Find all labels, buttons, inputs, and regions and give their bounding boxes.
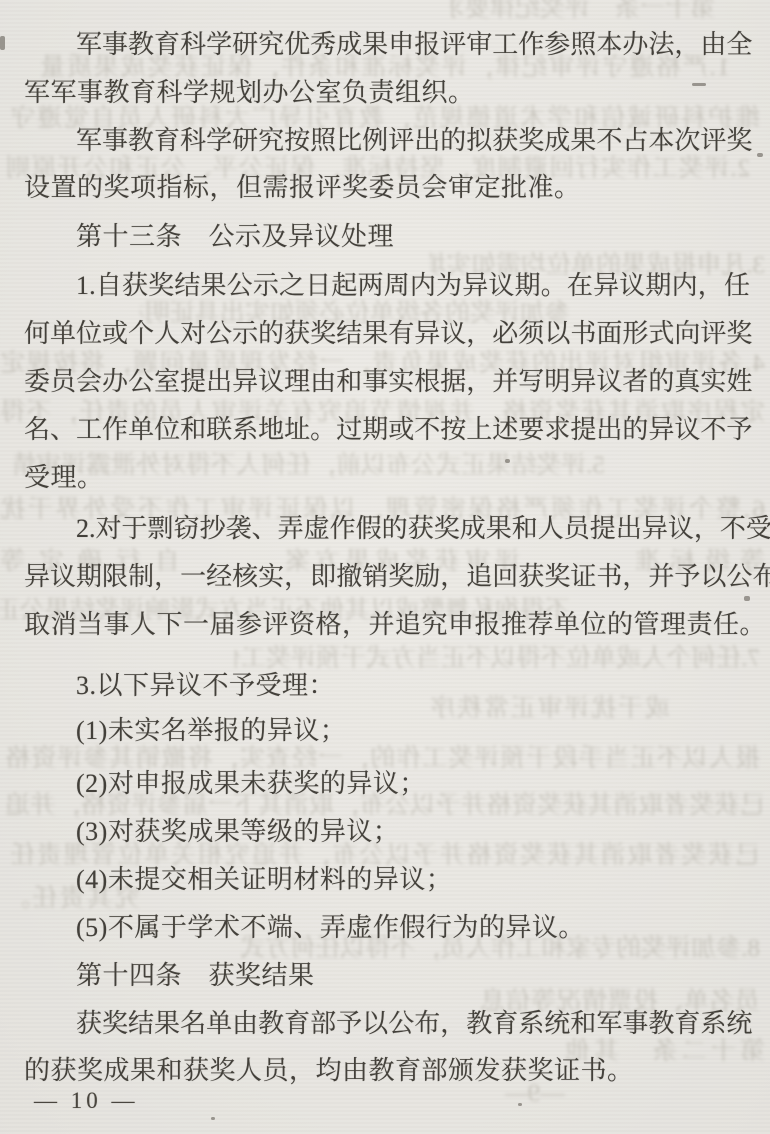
glyph: 和 <box>180 415 206 449</box>
glyph: 育 <box>154 126 180 160</box>
text-line: 军军事教育科学规划办公室负责组织。 <box>24 78 750 112</box>
glyph: 以 <box>544 319 570 353</box>
glyph: 本 <box>596 30 622 64</box>
scan-speck <box>211 1117 215 1120</box>
glyph: 制 <box>128 562 154 596</box>
glyph: 、 <box>252 514 278 548</box>
glyph: 期 <box>76 562 102 596</box>
glyph: 获 <box>408 514 434 548</box>
glyph: 定 <box>0 350 25 382</box>
glyph: 异 <box>462 271 488 305</box>
glyph: 自 <box>96 271 122 305</box>
glyph: 报 <box>414 30 440 64</box>
glyph: 以 <box>362 1009 388 1043</box>
scanned-page: 第十一条 评奖纪律要求1.严格遵守评审纪律，评奖标准和条件，保证获奖成果质量维护… <box>0 0 770 1134</box>
glyph: 形 <box>622 319 648 353</box>
glyph: 1 <box>76 271 89 305</box>
glyph: 十 <box>665 0 690 27</box>
text-line: 第十三条 公示及异议处理 <box>76 222 750 256</box>
glyph: 姓 <box>726 367 752 401</box>
glyph: 联 <box>206 415 232 449</box>
glyph: 窃 <box>174 514 200 548</box>
glyph: 励 <box>414 562 440 596</box>
glyph: 奖 <box>544 562 570 596</box>
glyph: 员 <box>564 514 590 548</box>
glyph: 根 <box>414 367 440 401</box>
glyph: 果 <box>362 319 388 353</box>
glyph: 优 <box>284 30 310 64</box>
glyph: 获 <box>492 126 518 160</box>
glyph: 者 <box>622 367 648 401</box>
glyph: 奖 <box>148 271 174 305</box>
glyph: 剽 <box>148 514 174 548</box>
glyph <box>590 0 615 27</box>
text-line: 获奖结果名单由教育部予以公布，教育系统和军事教育系统 <box>76 1009 750 1043</box>
glyph: 单 <box>206 1009 232 1043</box>
glyph: 事 <box>102 126 128 160</box>
glyph: ， <box>622 562 648 596</box>
glyph: 员 <box>50 367 76 401</box>
glyph: 出 <box>616 514 642 548</box>
glyph: 一 <box>180 562 206 596</box>
text-line: 1.自获奖结果公示之日起两周内为异议期。在异议期内，任 <box>76 271 750 305</box>
glyph: 公 <box>206 319 232 353</box>
glyph: 究 <box>258 126 284 160</box>
glyph: 单 <box>50 319 76 353</box>
glyph: 2 <box>76 514 89 548</box>
glyph: 个 <box>128 319 154 353</box>
glyph: 或 <box>102 319 128 353</box>
text-line: 3.以下异议不予受理： <box>76 671 750 705</box>
glyph: 3 <box>753 252 766 284</box>
glyph: 由 <box>310 367 336 401</box>
glyph: 布 <box>752 562 770 596</box>
text-line: 何单位或个人对公示的获奖结果有异议，必须以书面形式向评奖 <box>24 319 750 353</box>
glyph: 获 <box>518 562 544 596</box>
glyph: 、 <box>50 415 76 449</box>
glyph: 纪 <box>515 0 540 27</box>
text-line: 2.对于剽窃抄袭、弄虚作假的获奖成果和人员提出异议，不受 <box>76 514 750 548</box>
glyph: 销 <box>362 562 388 596</box>
glyph: 异 <box>232 367 258 401</box>
glyph: 内 <box>410 271 436 305</box>
glyph: 申 <box>388 30 414 64</box>
glyph: 教 <box>466 1009 492 1043</box>
glyph: 结 <box>174 271 200 305</box>
text-line: (3)对获奖成果等级的异议； <box>76 817 750 851</box>
glyph: ， <box>154 562 180 596</box>
glyph: . <box>89 271 96 305</box>
glyph: 条 <box>615 0 640 27</box>
glyph: 弄 <box>278 514 304 548</box>
glyph: ， <box>674 30 700 64</box>
glyph: 奖 <box>540 0 565 27</box>
glyph: 办 <box>622 30 648 64</box>
glyph: 评 <box>565 0 590 27</box>
glyph: 实 <box>258 562 284 596</box>
glyph: 由 <box>700 30 726 64</box>
glyph: 教 <box>128 30 154 64</box>
glyph: 教 <box>258 1009 284 1043</box>
glyph: 不 <box>720 514 746 548</box>
glyph: 研 <box>232 126 258 160</box>
glyph: 育 <box>154 30 180 64</box>
glyph: ， <box>466 319 492 353</box>
glyph: 议 <box>674 415 700 449</box>
glyph: 写 <box>518 367 544 401</box>
glyph: 必 <box>492 319 518 353</box>
text-line: 异议期限制，一经核实，即撤销奖励，追回获奖证书，并予以公布， <box>24 562 750 596</box>
glyph: 结 <box>128 1009 154 1043</box>
glyph: 并 <box>648 562 674 596</box>
glyph: 撤 <box>336 562 362 596</box>
glyph: 参 <box>544 30 570 64</box>
glyph: 育 <box>674 1009 700 1043</box>
glyph: 求 <box>544 415 570 449</box>
text-line: 第十四条 获奖结果 <box>76 961 750 995</box>
glyph: 向 <box>674 319 700 353</box>
glyph: 照 <box>570 30 596 64</box>
glyph: 予 <box>726 415 752 449</box>
glyph: 得 <box>0 399 25 431</box>
glyph: 追 <box>466 562 492 596</box>
glyph: 公 <box>227 271 253 305</box>
glyph: 比 <box>336 126 362 160</box>
glyph: 军 <box>596 1009 622 1043</box>
glyph: 评 <box>440 30 466 64</box>
glyph: 核 <box>232 562 258 596</box>
glyph: 果 <box>201 271 227 305</box>
glyph: 学 <box>206 30 232 64</box>
glyph: 结 <box>336 319 362 353</box>
glyph: 成 <box>544 126 570 160</box>
glyph: 对 <box>96 514 122 548</box>
glyph: 室 <box>154 367 180 401</box>
glyph: 异 <box>24 562 50 596</box>
glyph: 奖 <box>726 126 752 160</box>
glyph: 和 <box>570 1009 596 1043</box>
text-line: (2)对申报成果未获奖的异议； <box>76 769 750 803</box>
scan-speck <box>744 596 750 601</box>
text-line: 名、工作单位和联系地址。过期或不按上述要求提出的异议不予 <box>24 415 750 449</box>
glyph: 占 <box>622 126 648 160</box>
glyph: 出 <box>414 126 440 160</box>
glyph: 议 <box>488 271 514 305</box>
glyph: 之 <box>279 271 305 305</box>
glyph: 办 <box>102 367 128 401</box>
glyph: 追 <box>5 792 30 824</box>
glyph: 异 <box>642 514 668 548</box>
glyph: 议 <box>440 319 466 353</box>
glyph: 工 <box>492 30 518 64</box>
glyph: 人 <box>154 319 180 353</box>
glyph: 异 <box>593 271 619 305</box>
glyph: 面 <box>596 319 622 353</box>
glyph: 假 <box>356 514 382 548</box>
glyph: 任 <box>724 271 750 305</box>
glyph: 证 <box>570 562 596 596</box>
glyph: 果 <box>570 126 596 160</box>
glyph: 。 <box>541 271 567 305</box>
glyph: 一 <box>640 0 665 27</box>
glyph: 科 <box>180 126 206 160</box>
glyph: 任 <box>33 885 58 917</box>
glyph: 果 <box>486 514 512 548</box>
glyph: 异 <box>414 319 440 353</box>
glyph: 部 <box>310 1009 336 1043</box>
glyph: 评 <box>700 126 726 160</box>
glyph: 作 <box>102 415 128 449</box>
glyph: 奖 <box>388 562 414 596</box>
glyph: 教 <box>128 126 154 160</box>
glyph: 异 <box>648 415 674 449</box>
glyph: 书 <box>596 562 622 596</box>
text-line: (1)未实名举报的异议； <box>76 716 750 750</box>
glyph: 出 <box>206 367 232 401</box>
glyph: 秀 <box>310 30 336 64</box>
glyph: 议 <box>50 562 76 596</box>
glyph: ， <box>466 367 492 401</box>
text-line: 的获奖成果和获奖人员，均由教育部颁发获奖证书。 <box>24 1056 750 1090</box>
glyph: 奖 <box>726 319 752 353</box>
glyph: 作 <box>518 30 544 64</box>
glyph: 抄 <box>200 514 226 548</box>
glyph: 予 <box>336 1009 362 1043</box>
text-line: 军事教育科学研究优秀成果申报评审工作参照本办法，由全 <box>76 30 750 64</box>
glyph: 实 <box>388 367 414 401</box>
glyph: 的 <box>258 319 284 353</box>
text-line: 军事教育科学研究按照比例评出的拟获奖成果不占本次评奖 <box>76 126 750 160</box>
text-line: 取消当事人下一届参评资格，并追究申报推荐单位的管理责任。 <box>24 610 750 644</box>
glyph: 系 <box>518 1009 544 1043</box>
glyph: 过 <box>336 415 362 449</box>
glyph: ， <box>698 271 724 305</box>
glyph: 上 <box>466 415 492 449</box>
glyph: 日 <box>305 271 331 305</box>
glyph: 奖 <box>310 319 336 353</box>
glyph: 人 <box>538 514 564 548</box>
glyph: 并 <box>30 792 55 824</box>
glyph: 公 <box>128 367 154 401</box>
glyph: 理 <box>284 367 310 401</box>
glyph: 科 <box>180 30 206 64</box>
glyph: 内 <box>672 271 698 305</box>
glyph: 即 <box>310 562 336 596</box>
glyph: 审 <box>466 30 492 64</box>
glyph: ， <box>284 562 310 596</box>
glyph: 本 <box>648 126 674 160</box>
glyph: 的 <box>622 415 648 449</box>
scan-speck <box>692 83 706 86</box>
scan-speck <box>505 459 510 463</box>
glyph: 期 <box>645 271 671 305</box>
glyph: 受 <box>746 514 770 548</box>
glyph: 教 <box>648 1009 674 1043</box>
glyph: 例 <box>362 126 388 160</box>
glyph: 获 <box>122 271 148 305</box>
glyph: 果 <box>154 1009 180 1043</box>
glyph: 公 <box>726 562 752 596</box>
text-line: (4)未提交相关证明材料的异议； <box>76 865 750 899</box>
glyph: 袭 <box>226 514 252 548</box>
glyph: 奖 <box>518 126 544 160</box>
glyph: 布 <box>414 1009 440 1043</box>
glyph: 等 <box>0 548 25 580</box>
glyph: 在 <box>567 271 593 305</box>
glyph: 评 <box>388 126 414 160</box>
glyph: 全 <box>726 30 752 64</box>
glyph: 由 <box>232 1009 258 1043</box>
glyph: 虚 <box>304 514 330 548</box>
glyph: 为 <box>436 271 462 305</box>
glyph: 予 <box>674 562 700 596</box>
scan-speck <box>757 153 763 157</box>
glyph: 第 <box>690 0 715 27</box>
glyph: 奖 <box>102 1009 128 1043</box>
glyph: 获 <box>76 1009 102 1043</box>
glyph: 并 <box>492 367 518 401</box>
glyph: 军 <box>76 126 102 160</box>
glyph: 按 <box>284 126 310 160</box>
text-line: 委员会办公室提出异议理由和事实根据，并写明异议者的真实姓 <box>24 367 750 401</box>
glyph: 统 <box>726 1009 752 1043</box>
glyph: 要 <box>518 415 544 449</box>
page-number: — 10 — <box>34 1088 139 1114</box>
glyph: 何 <box>24 319 50 353</box>
glyph: 议 <box>596 367 622 401</box>
glyph: 回 <box>492 562 518 596</box>
glyph: 名 <box>24 415 50 449</box>
glyph: 成 <box>336 30 362 64</box>
glyph: 议 <box>668 514 694 548</box>
glyph: 议 <box>619 271 645 305</box>
glyph: 。 <box>5 885 30 917</box>
glyph: 果 <box>362 30 388 64</box>
glyph: 位 <box>76 319 102 353</box>
glyph: 军 <box>76 30 102 64</box>
glyph: 干 <box>28 496 53 528</box>
glyph: 议 <box>258 367 284 401</box>
glyph: ， <box>440 562 466 596</box>
glyph: 真 <box>674 367 700 401</box>
glyph: 委 <box>24 367 50 401</box>
glyph: 事 <box>362 367 388 401</box>
glyph: 。 <box>310 415 336 449</box>
glyph: 会 <box>76 367 102 401</box>
glyph: 的 <box>382 514 408 548</box>
glyph: 公 <box>388 1009 414 1043</box>
bleedthrough-line: 第十一条 评奖纪律要求 <box>450 0 715 27</box>
glyph: 示 <box>232 319 258 353</box>
glyph: ， <box>440 1009 466 1043</box>
glyph: 获 <box>284 319 310 353</box>
text-line: (5)不属于学术不端、弄虚作假行为的异议。 <box>76 913 750 947</box>
glyph: 照 <box>310 126 336 160</box>
glyph: 址 <box>284 415 310 449</box>
glyph: 4 <box>753 350 766 382</box>
glyph: 以 <box>700 562 726 596</box>
glyph: 须 <box>518 319 544 353</box>
glyph: 事 <box>622 1009 648 1043</box>
glyph: 责 <box>37 842 62 874</box>
glyph: 法 <box>648 30 674 64</box>
glyph: 有 <box>388 319 414 353</box>
glyph: 单 <box>128 415 154 449</box>
glyph: 事 <box>102 30 128 64</box>
glyph: 于 <box>122 514 148 548</box>
glyph: 式 <box>648 319 674 353</box>
glyph: 提 <box>180 367 206 401</box>
glyph: 正 <box>0 597 20 629</box>
glyph: 述 <box>492 415 518 449</box>
glyph: 限 <box>102 562 128 596</box>
glyph: 研 <box>232 30 258 64</box>
glyph: 实 <box>700 367 726 401</box>
glyph: 资 <box>31 745 56 777</box>
glyph: 期 <box>515 271 541 305</box>
glyph: 提 <box>590 514 616 548</box>
glyph: 两 <box>358 271 384 305</box>
text-line: 受理。 <box>24 463 750 497</box>
glyph: 的 <box>648 367 674 401</box>
glyph: 工 <box>76 415 102 449</box>
glyph: 系 <box>232 415 258 449</box>
glyph: ， <box>694 514 720 548</box>
glyph: 究 <box>258 30 284 64</box>
glyph: 作 <box>330 514 356 548</box>
glyph: 明 <box>544 367 570 401</box>
glyph: 评 <box>700 319 726 353</box>
glyph: 次 <box>674 126 700 160</box>
glyph: 育 <box>492 1009 518 1043</box>
glyph: 育 <box>284 1009 310 1043</box>
glyph: 据 <box>440 367 466 401</box>
glyph: 统 <box>544 1009 570 1043</box>
glyph: 书 <box>570 319 596 353</box>
glyph: 提 <box>570 415 596 449</box>
glyph: 不 <box>700 415 726 449</box>
glyph: 按 <box>440 415 466 449</box>
glyph: 拟 <box>466 126 492 160</box>
glyph: 不 <box>596 126 622 160</box>
glyph: 成 <box>460 514 486 548</box>
glyph: 经 <box>206 562 232 596</box>
glyph: 的 <box>440 126 466 160</box>
glyph: 系 <box>700 1009 726 1043</box>
glyph: 或 <box>388 415 414 449</box>
glyph: 任 <box>10 842 35 874</box>
glyph: 学 <box>206 126 232 160</box>
glyph: 奖 <box>434 514 460 548</box>
glyph: 扰 <box>0 496 25 528</box>
glyph: 位 <box>154 415 180 449</box>
glyph: 期 <box>362 415 388 449</box>
glyph: 和 <box>512 514 538 548</box>
glyph: 对 <box>180 319 206 353</box>
glyph: 示 <box>253 271 279 305</box>
text-line: 设置的奖项指标，但需报评奖委员会审定批准。 <box>24 173 750 207</box>
glyph: 异 <box>570 367 596 401</box>
scan-speck <box>0 36 5 50</box>
glyph: 和 <box>336 367 362 401</box>
glyph: 格 <box>5 745 30 777</box>
glyph: 出 <box>596 415 622 449</box>
glyph: 名 <box>180 1009 206 1043</box>
glyph: 律 <box>490 0 515 27</box>
glyph: 地 <box>258 415 284 449</box>
glyph: 要 <box>465 0 490 27</box>
glyph: 周 <box>384 271 410 305</box>
